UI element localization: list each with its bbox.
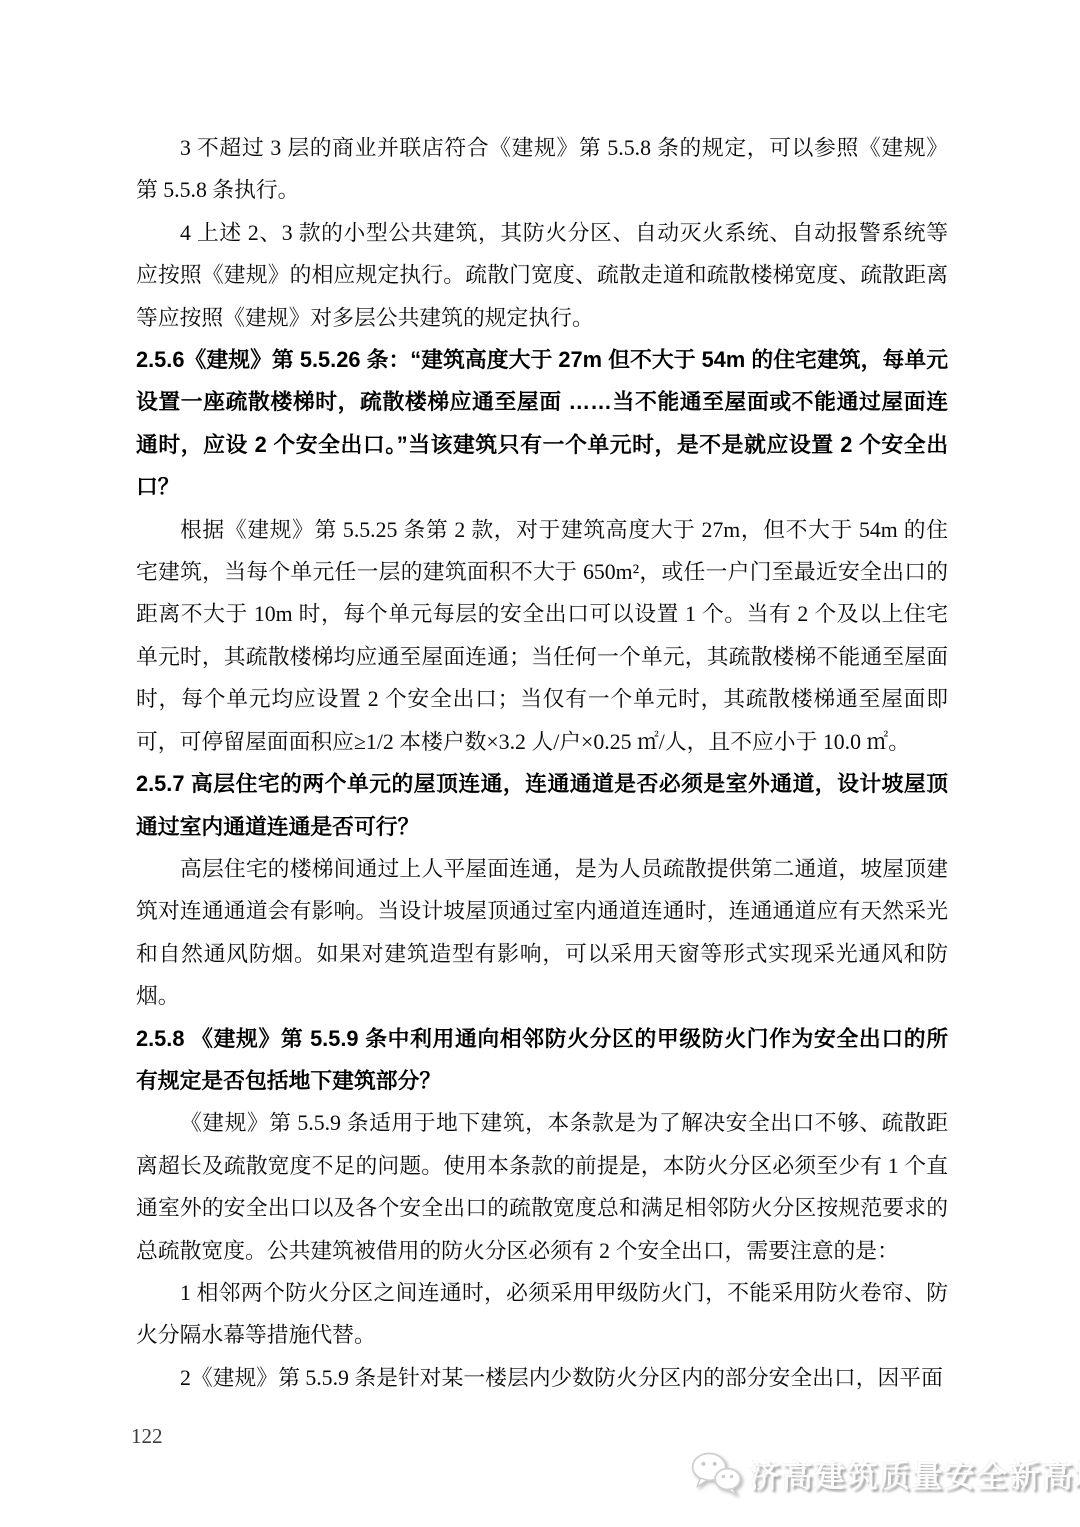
page-number: 122 — [131, 1424, 163, 1449]
answer-2-5-7: 高层住宅的楼梯间通过上人平屋面连通，是为人员疏散提供第二通道，坡屋顶建筑对连通通… — [136, 848, 948, 1018]
body-item-3: 3 不超过 3 层的商业并联店符合《建规》第 5.5.8 条的规定，可以参照《建… — [136, 127, 948, 212]
wechat-icon — [690, 1450, 742, 1496]
document-page: 3 不超过 3 层的商业并联店符合《建规》第 5.5.8 条的规定，可以参照《建… — [0, 0, 1080, 1527]
body-item-4: 4 上述 2、3 款的小型公共建筑，其防火分区、自动灭火系统、自动报警系统等应按… — [136, 212, 948, 339]
answer-2-5-6: 根据《建规》第 5.5.25 条第 2 款，对于建筑高度大于 27m，但不大于 … — [136, 509, 948, 763]
answer-2-5-8-item-1: 1 相邻两个防火分区之间连通时，必须采用甲级防火门，不能采用防火卷帘、防火分隔水… — [136, 1272, 948, 1357]
page-content: 3 不超过 3 层的商业并联店符合《建规》第 5.5.8 条的规定，可以参照《建… — [136, 127, 948, 1399]
answer-2-5-8: 《建规》第 5.5.9 条适用于地下建筑，本条款是为了解决安全出口不够、疏散距离… — [136, 1102, 948, 1272]
answer-2-5-8-item-2: 2《建规》第 5.5.9 条是针对某一楼层内少数防火分区内的部分安全出口，因平面 — [136, 1357, 948, 1399]
question-heading-2-5-6: 2.5.6《建规》第 5.5.26 条：“建筑高度大于 27m 但不大于 54m… — [136, 339, 948, 509]
watermark-text: 济高建筑质量安全新高地 — [749, 1451, 1080, 1496]
question-heading-2-5-7: 2.5.7 高层住宅的两个单元的屋顶连通，连通通道是否必须是室外通道，设计坡屋顶… — [136, 763, 948, 848]
watermark: 济高建筑质量安全新高地 — [690, 1450, 1080, 1496]
question-heading-2-5-8: 2.5.8 《建规》第 5.5.9 条中利用通向相邻防火分区的甲级防火门作为安全… — [136, 1018, 948, 1103]
